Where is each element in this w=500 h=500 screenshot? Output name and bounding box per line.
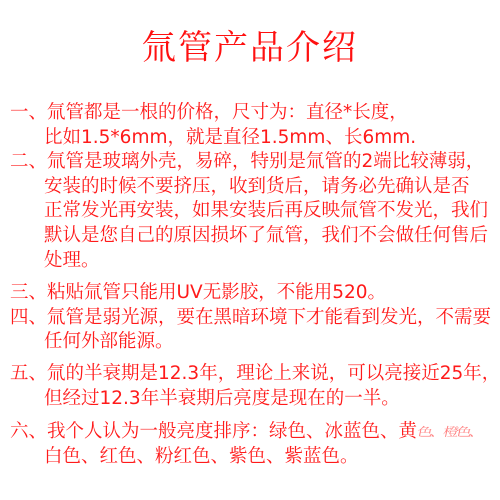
note-line: 正常发光再安装，如果安装后再反映氚管不发光，我们 bbox=[10, 199, 500, 224]
note-line: 比如1.5*6mm，就是直径1.5mm、长6mm. bbox=[10, 126, 500, 151]
note-line-text: 六、我个人认为一般亮度排序：绿色、冰蓝色、黄 bbox=[10, 421, 417, 442]
note-line: 五、氚的半衰期是12.3年，理论上来说，可以亮接近25年， bbox=[10, 362, 500, 387]
note-line: 但经过12.3年半衰期后亮度是现在的一半。 bbox=[10, 387, 500, 412]
note-line: 四、氚管是弱光源，要在黑暗环境下才能看到发光，不需要 bbox=[10, 306, 500, 331]
note-line: 二、氚管是玻璃外壳，易碎，特别是氚管的2端比较薄弱， bbox=[10, 150, 500, 175]
page-title: 氚管产品介绍 bbox=[0, 26, 500, 70]
garbled-text: 色、橙色、 bbox=[415, 423, 484, 441]
note-item-5: 五、氚的半衰期是12.3年，理论上来说，可以亮接近25年， 但经过12.3年半衰… bbox=[10, 362, 500, 411]
note-item-2: 二、氚管是玻璃外壳，易碎，特别是氚管的2端比较薄弱， 安装的时候不要挤压，收到货… bbox=[10, 150, 500, 273]
note-item-6: 六、我个人认为一般亮度排序：绿色、冰蓝色、黄色、橙色、 白色、红色、粉红色、紫色… bbox=[10, 420, 500, 469]
product-notes-list: 一、氚管都是一根的价格，尺寸为：直径*长度， 比如1.5*6mm，就是直径1.5… bbox=[10, 101, 500, 469]
note-line: 白色、红色、粉红色、紫色、紫蓝色。 bbox=[10, 445, 500, 470]
note-item-4: 四、氚管是弱光源，要在黑暗环境下才能看到发光，不需要 任何外部能源。 bbox=[10, 306, 500, 355]
note-line: 一、氚管都是一根的价格，尺寸为：直径*长度， bbox=[10, 101, 500, 126]
note-line: 安装的时候不要挤压，收到货后，请务必先确认是否 bbox=[10, 175, 500, 200]
note-line: 默认是您自己的原因损坏了氚管，我们不会做任何售后 bbox=[10, 224, 500, 249]
note-item-3: 三、粘贴氚管只能用UV无影胶，不能用520。 bbox=[10, 281, 500, 306]
note-line: 处理。 bbox=[10, 249, 500, 274]
note-line: 三、粘贴氚管只能用UV无影胶，不能用520。 bbox=[10, 281, 500, 306]
note-line: 六、我个人认为一般亮度排序：绿色、冰蓝色、黄色、橙色、 bbox=[10, 420, 500, 445]
note-line: 任何外部能源。 bbox=[10, 330, 500, 355]
note-item-1: 一、氚管都是一根的价格，尺寸为：直径*长度， 比如1.5*6mm，就是直径1.5… bbox=[10, 101, 500, 150]
